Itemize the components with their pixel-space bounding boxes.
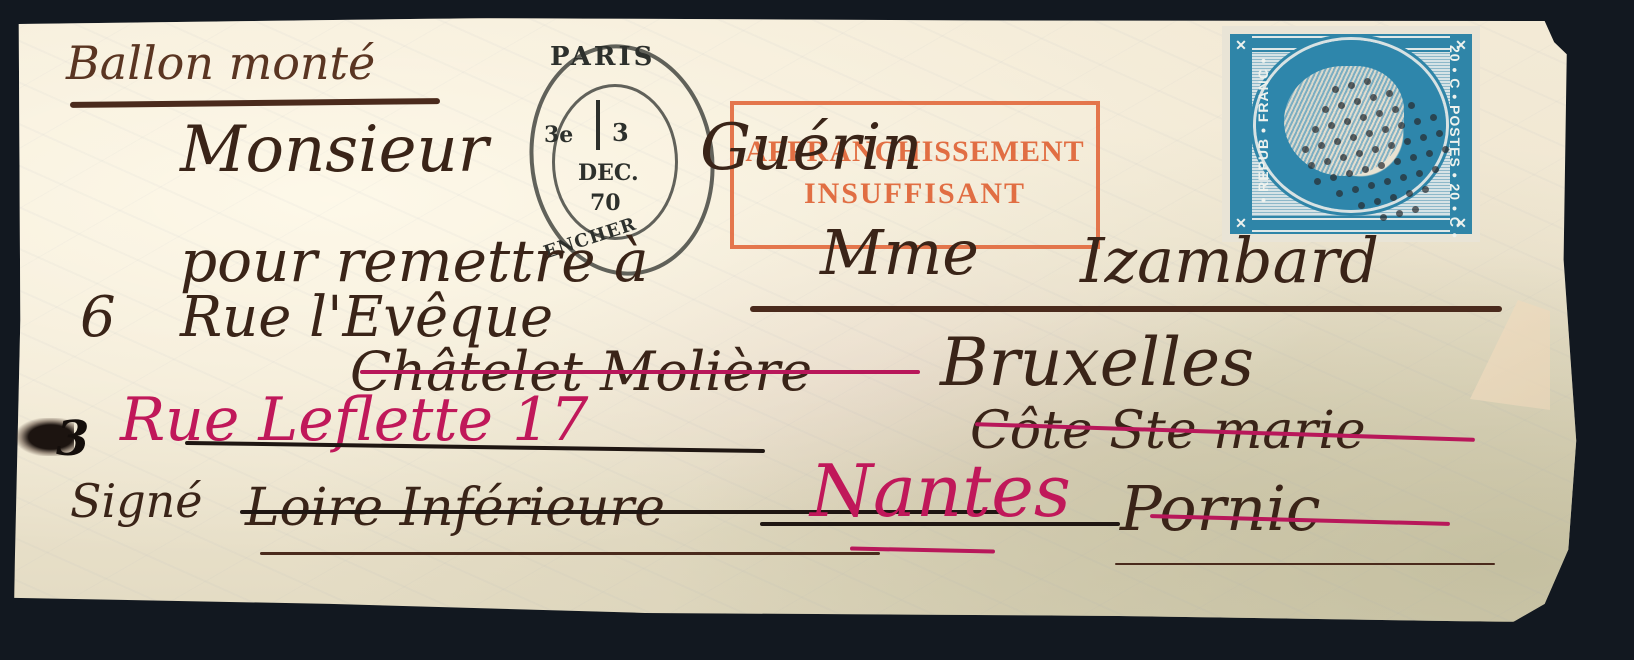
street-name: Rue l'Evêque [180,290,553,346]
postmark-hour: 3e [544,122,573,148]
cancel-dot [1360,114,1367,121]
cancel-dot [1396,210,1403,217]
cancel-dot [1436,130,1443,137]
cancel-dot [1348,82,1355,89]
destination-city: Bruxelles [940,330,1254,396]
cancel-dot [1432,166,1439,173]
struck-place: Pornic [1120,478,1321,540]
cancel-dot [1378,162,1385,169]
cancel-dot [1352,186,1359,193]
cancel-dot [1362,166,1369,173]
cancel-dot [1338,102,1345,109]
cancel-dot [1332,86,1339,93]
cancel-dot [1344,118,1351,125]
postmark-year: 70 [590,190,621,216]
cancel-dot [1318,142,1325,149]
cancel-dot [1394,158,1401,165]
cancel-dot [1340,154,1347,161]
ceres-20c-stamp: • REPUB • FRANC • 20 • C • POSTES • 20 •… [1222,26,1480,242]
cancel-dot [1354,98,1361,105]
cancel-dot [1386,90,1393,97]
cancel-dot [1314,178,1321,185]
redirect-city: Nantes [810,455,1071,527]
cancel-dot [1366,130,1373,137]
cancel-dot [1410,154,1417,161]
cancel-dot [1400,174,1407,181]
cancel-dot [1442,146,1449,153]
cancel-dot [1422,186,1429,193]
cancel-dot [1372,146,1379,153]
margin-mark: 3 [56,415,89,463]
recipient-title: Mme [820,222,979,284]
cancel-dot [1412,206,1419,213]
cancel-dot [1324,158,1331,165]
cancel-dot [1358,202,1365,209]
cancel-dot [1346,170,1353,177]
cancel-dot [1322,106,1329,113]
cancel-dot [1382,126,1389,133]
struck-department: Loire Inférieure [245,482,665,534]
cancel-dot [1390,194,1397,201]
address-salutation: Monsieur [180,118,488,182]
magenta-strikethrough [360,370,920,374]
cancel-dot [1376,110,1383,117]
cancel-dot [1308,162,1315,169]
photo-background: Ballon monté PARIS 3e 3 DEC. 70 ENCHER A… [0,0,1634,660]
cancel-dot [1334,138,1341,145]
cancel-dot [1414,118,1421,125]
cancel-dot [1350,134,1357,141]
cancel-dot [1408,102,1415,109]
cancel-dot [1388,142,1395,149]
address-remit-prefix: pour remettre à [180,232,649,290]
recipient-name: Izambard [1080,230,1379,292]
ballon-monte-annotation: Ballon monté [66,40,375,86]
address-name: Guérin [700,116,923,180]
cancel-dot [1406,190,1413,197]
cancel-dot [1302,146,1309,153]
cancel-dot [1420,134,1427,141]
cancel-dot [1330,174,1337,181]
postmark-divider [596,100,600,150]
cancel-dot [1368,182,1375,189]
cancel-dot [1356,150,1363,157]
cancel-dot [1380,214,1387,221]
cancel-dot [1328,122,1335,129]
street-number: 6 [80,290,116,346]
margin-signature: Signé [70,478,203,524]
cancel-dot [1312,126,1319,133]
cancel-dot [1384,178,1391,185]
bottom-rule [260,552,880,555]
postmark-day: 3 [612,118,629,147]
cancel-dot [1336,190,1343,197]
dotted-cancel [1222,26,1480,242]
cancel-dot [1398,122,1405,129]
postmark-city: PARIS [550,42,655,72]
cancel-dot [1374,198,1381,205]
bottom-rule [1115,563,1495,565]
cancel-dot [1416,170,1423,177]
cancel-dot [1364,78,1371,85]
cancel-dot [1430,114,1437,121]
black-strikethrough [760,522,1120,526]
cancel-dot [1392,106,1399,113]
cancel-dot [1370,94,1377,101]
cancel-dot [1426,150,1433,157]
postmark-month: DEC. [578,160,639,186]
cancel-dot [1404,138,1411,145]
address-underline [750,306,1502,312]
